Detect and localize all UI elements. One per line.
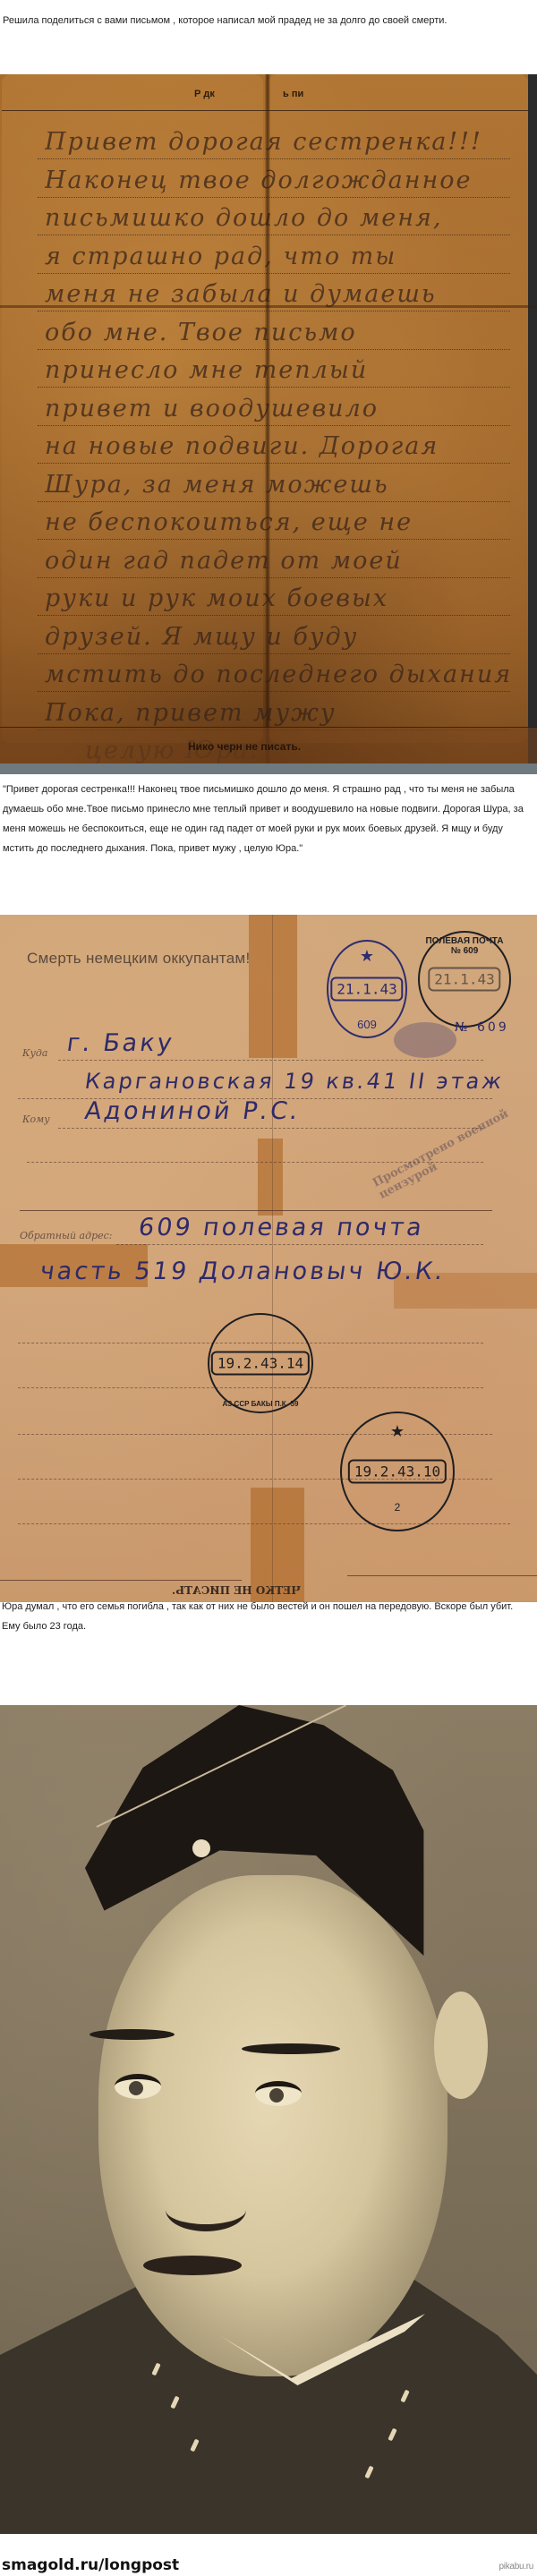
label-to-city: Куда	[22, 1047, 47, 1059]
ruled-line	[38, 501, 510, 502]
intro-text: Решила поделиться с вами письмом , котор…	[3, 11, 533, 30]
stamp-date: 19.2.43.10	[348, 1460, 447, 1484]
ruled-line	[38, 539, 510, 540]
ink-smudge	[394, 1022, 456, 1058]
eyebrow-right	[242, 2043, 340, 2054]
baku-post-stamp-1: 19.2.43.14 АЗ.ССР БАКЫ П.К.-59	[208, 1313, 313, 1413]
return-address-line-2: часть 519 Долановыч Ю.К.	[38, 1258, 447, 1285]
return-address-line-1: 609 полевая почта	[137, 1214, 426, 1241]
ruled-line	[38, 653, 510, 654]
handwritten-line: письмишко дошло до меня,	[45, 204, 510, 232]
eyebrow-left	[89, 2029, 175, 2040]
separator-line	[347, 1575, 537, 1576]
handwritten-line: руки и рук моих боевых	[45, 584, 510, 612]
ruled-line	[38, 577, 510, 578]
ruled-line	[38, 387, 510, 388]
handwritten-line: не беспокоиться, еще не	[45, 508, 510, 536]
face	[98, 1875, 447, 2376]
handwritten-line: меня не забыла и думаешь	[45, 280, 510, 308]
handwritten-line: я страшно рад, что ты	[45, 243, 510, 270]
letter-header-left: Р дк	[194, 89, 215, 99]
address-street: Каргановская 19 кв.41 II этаж	[83, 1069, 506, 1094]
letter-header-right: ь пи	[283, 89, 303, 99]
eye-left	[115, 2074, 161, 2099]
letter-transcription: "Привет дорогая сестренка!!! Наконец тво…	[3, 780, 533, 858]
ear	[434, 1992, 488, 2099]
stamp-ring-text: ПОЛЕВАЯ ПОЧТА № 609	[420, 936, 509, 956]
portrait-photo	[0, 1705, 537, 2534]
label-to-whom: Кому	[22, 1113, 50, 1125]
separator-line	[0, 1580, 242, 1581]
ruled-line	[38, 615, 510, 616]
stamp-date: 21.1.43	[428, 968, 500, 992]
envelope-slogan: Смерть немецким оккупантам!	[27, 950, 251, 968]
handwritten-line: привет и воодушевило	[45, 395, 510, 422]
envelope-photo: Смерть немецким оккупантам! ★ 21.1.43 60…	[0, 915, 537, 1602]
ruled-line	[38, 273, 510, 274]
address-city: г. Баку	[65, 1029, 176, 1057]
ruled-line	[38, 425, 510, 426]
footer-site-link[interactable]: smagold.ru/longpost	[2, 2556, 179, 2574]
field-post-stamp-1: ★ 21.1.43 609	[327, 940, 407, 1038]
address-line	[116, 1244, 483, 1245]
separator-line	[20, 1210, 492, 1211]
tape-top	[249, 915, 297, 1058]
handwritten-line: мстить до последнего дыхания.	[45, 661, 510, 688]
stamp-number: 609	[328, 1018, 405, 1031]
nose	[166, 2188, 246, 2231]
stamp-date: 21.1.43	[330, 977, 403, 1002]
recipient-name: Адониной Р.С.	[83, 1097, 303, 1125]
eye-right	[255, 2081, 302, 2106]
ruled-line	[38, 311, 510, 311]
letter-printed-footer: Нико черн не писать.	[188, 740, 301, 753]
handwritten-line: принесло мне теплый	[45, 356, 510, 384]
ruled-line	[38, 197, 510, 198]
handwritten-line: друзей. Я мщу и буду	[45, 623, 510, 651]
tape-middle	[258, 1139, 283, 1215]
field-post-stamp-2: ПОЛЕВАЯ ПОЧТА № 609 21.1.43	[418, 931, 511, 1028]
footer-brand-watermark: pikabu.ru	[499, 2562, 533, 2572]
ruled-line	[38, 691, 510, 692]
handwritten-line: Привет дорогая сестренка!!!	[45, 128, 510, 156]
handwritten-line: Шура, за меня можешь	[45, 471, 510, 499]
ruled-line	[38, 235, 510, 235]
handwritten-line: один гад падет от моей	[45, 547, 510, 575]
ruled-line	[38, 463, 510, 464]
handwritten-line: Пока, привет мужу	[45, 699, 510, 727]
stamp-handwritten-number: № 609	[455, 1020, 509, 1035]
handwritten-line: на новые подвиги. Дорогая	[45, 432, 510, 460]
stamp-date: 19.2.43.14	[211, 1352, 310, 1376]
ruled-line	[38, 349, 510, 350]
mouth	[143, 2256, 242, 2275]
ruled-line	[38, 158, 510, 159]
letter-background-cloth	[0, 763, 537, 774]
stamp-ring-text: АЗ.ССР БАКЫ П.К.-59	[209, 1400, 311, 1408]
stamp-number: 2	[342, 1501, 453, 1514]
story-note: Юра думал , что его семья погибла , так …	[2, 1597, 532, 1636]
address-line	[18, 1523, 510, 1524]
baku-post-stamp-2: ★ 19.2.43.10 2	[340, 1412, 455, 1531]
label-return-address: Обратный адрес:	[20, 1230, 113, 1241]
star-icon: ★	[390, 1422, 405, 1441]
letter-photo: Р дк ь пи Привет дорогая сестренка!!!Нак…	[0, 74, 537, 774]
handwritten-line: Наконец твое долгожданное	[45, 166, 510, 194]
letter-fold-vertical	[265, 74, 270, 774]
handwritten-line: обо мне. Твое письмо	[45, 319, 510, 346]
star-icon: ★	[360, 947, 374, 966]
address-line	[58, 1128, 483, 1129]
censor-stamp: Просмотрено военной цензурой	[371, 1098, 533, 1202]
cap-badge-icon	[192, 1839, 210, 1857]
mirrored-print: ЧЕТКО НЕ ПИСАТЬ.	[172, 1584, 301, 1597]
address-line	[58, 1060, 483, 1061]
letter-background-edge	[528, 74, 537, 774]
